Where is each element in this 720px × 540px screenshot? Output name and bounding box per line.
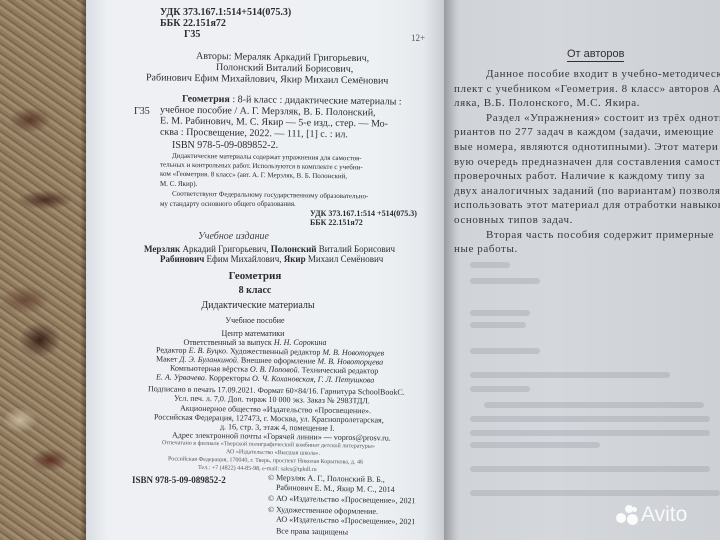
udk-code-top: УДК 373.167.1:514+514(075.3) bbox=[160, 7, 291, 18]
copyright-line-5: АО «Издательство «Просвещение», 2021 bbox=[276, 515, 416, 526]
preface-heading: От авторов bbox=[567, 48, 624, 62]
preface-line: плект с учебником «Геометрия. 8 класс» а… bbox=[454, 82, 720, 97]
bbk-code-bottom: ББК 22.151я72 bbox=[310, 218, 363, 227]
bbk-code-top: ББК 22.151я72 bbox=[160, 18, 226, 29]
carpet-background bbox=[0, 0, 86, 540]
avito-logo-icon bbox=[616, 505, 638, 525]
preface-line: двух аналогичных заданий (по вариантам) … bbox=[454, 184, 720, 199]
catalog-code-top: Г35 bbox=[184, 29, 200, 40]
preface-line: вую очередь предназначен для составления… bbox=[454, 155, 720, 170]
imprint-line-2: Ответственный за выпуск Н. Н. Сорокина bbox=[86, 338, 444, 347]
annotation-line-3: ком «Геометрия. 8 класс» (авт. А. Г. Мер… bbox=[160, 170, 347, 181]
preface-line: использовать этот материал для отработки… bbox=[454, 198, 720, 213]
imprint-line-1: Центр математики bbox=[86, 329, 444, 338]
preface-line: Раздел «Упражнения» состоит из трёх одно… bbox=[486, 111, 720, 126]
preface-line: основных типов задач. bbox=[454, 213, 573, 228]
authors-line-3: Рабинович Ефим Михайлович, Якир Михаил С… bbox=[146, 72, 389, 86]
annotation-line-6: му стандарту основного общего образовани… bbox=[160, 200, 296, 208]
preface-line: Вторая часть пособия содержит примерные bbox=[486, 228, 714, 243]
annotation-line-4: М. С. Якир). bbox=[160, 180, 197, 188]
annotation-line-5: Соответствуют Федеральному государственн… bbox=[172, 190, 368, 201]
preface-line: проверочных работ. Наличие к каждому тип… bbox=[454, 169, 705, 184]
catalog-line-4: сква : Просвещение, 2022. — 111, [1] с. … bbox=[160, 127, 348, 141]
book-subtitle: Дидактические материалы bbox=[86, 300, 444, 311]
age-rating: 12+ bbox=[411, 33, 425, 43]
right-page-preface: От авторов Данное пособие входит в учебн… bbox=[444, 0, 720, 540]
book-title: Геометрия bbox=[86, 270, 444, 282]
authors-full-2: Рабинович Ефим Михайлович, Якир Михаил С… bbox=[160, 254, 383, 264]
imprint-line-6: Е. А. Урвачева. Корректоры О. Ч. Коханов… bbox=[156, 372, 374, 384]
copyright-line-6: Все права защищены bbox=[276, 526, 348, 536]
preface-line: вые номера, являются однотипными). Этот … bbox=[454, 140, 718, 155]
preface-line: ляка, В.Б. Полонского, М.С. Якира. bbox=[454, 96, 640, 111]
copyright-line-3: © АО «Издательство «Просвещение», 2021 bbox=[268, 494, 416, 506]
left-page-imprint: УДК 373.167.1:514+514(075.3) ББК 22.151я… bbox=[86, 0, 444, 540]
printer-line-2: АО «Издательство «Высшая школа». bbox=[226, 449, 320, 458]
catalog-code: Г35 bbox=[134, 106, 150, 117]
preface-line: риантов по 277 задач в каждом (задачи, и… bbox=[454, 125, 714, 140]
preface-line: Данное пособие входит в учебно-методичес… bbox=[486, 67, 720, 82]
authors-full-1: Мерзляк Аркадий Григорьевич, Полонский В… bbox=[144, 244, 395, 254]
edition-type: Учебное издание bbox=[198, 231, 269, 242]
avito-brand-text: Avito bbox=[641, 503, 687, 527]
catalog-isbn: ISBN 978-5-09-089852-2. bbox=[172, 140, 278, 151]
copyright-line-2: Рабинович Е. М., Якир М. С., 2014 bbox=[276, 483, 395, 494]
avito-watermark: Avito bbox=[616, 503, 687, 527]
book-grade: 8 класс bbox=[86, 285, 444, 296]
udk-code-bottom: УДК 373.167.1:514 +514(075.3) bbox=[310, 209, 417, 218]
book-type: Учебное пособие bbox=[86, 316, 444, 325]
isbn-bottom: ISBN 978-5-09-089852-2 bbox=[132, 475, 226, 485]
preface-line: ные работы. bbox=[454, 242, 518, 257]
